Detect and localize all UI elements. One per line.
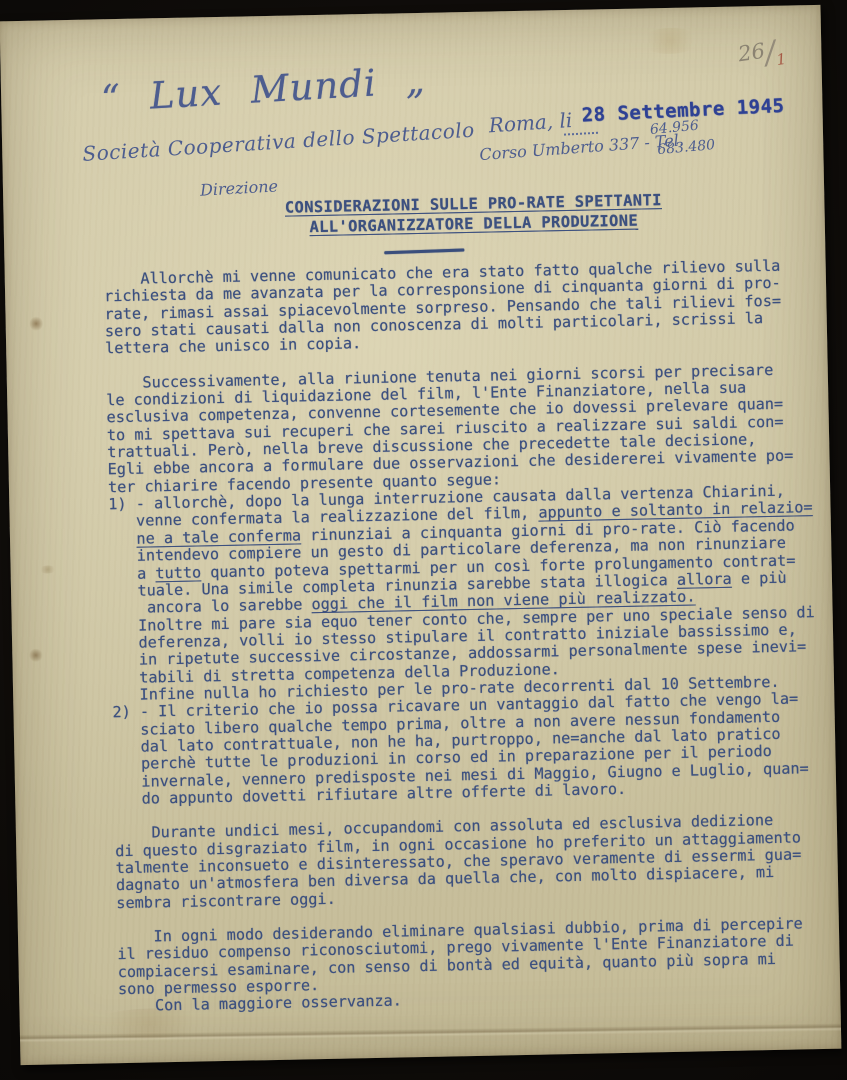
- body: Allorchè mi venne comunicato che era sta…: [104, 257, 837, 1016]
- archive-number: 26: [737, 39, 767, 67]
- photo-background: 26/1 “ Lux Mundi „ Società Cooperativa d…: [0, 0, 847, 1080]
- paper-stain: [640, 27, 701, 54]
- paper: 26/1 “ Lux Mundi „ Società Cooperativa d…: [0, 5, 841, 1065]
- text-segment: a: [110, 564, 156, 583]
- company-subtitle: Società Cooperativa dello Spettacolo: [82, 118, 476, 166]
- paper-stain: [30, 316, 43, 332]
- phone-number-1: 64.956: [649, 118, 699, 138]
- company-name: “ Lux Mundi „: [100, 59, 427, 121]
- title-rule: [384, 249, 464, 255]
- body-block: 1) - allorchè, dopo la lunga interruzion…: [108, 482, 830, 704]
- body-block: Allorchè mi venne comunicato che era sta…: [104, 257, 824, 358]
- paper-stain: [39, 565, 57, 573]
- text-segment: lettera che unisco in copia.: [105, 335, 361, 358]
- body-block: Successivamente, alla riunione tenuta ne…: [106, 361, 826, 497]
- body-block: 2) - Il criterio che io possa ricavare u…: [112, 690, 832, 808]
- place-date-label: Roma, li: [488, 108, 573, 137]
- body-block: In ogni modo desiderando eliminare quals…: [117, 915, 837, 1016]
- archive-corner-note: 26/1: [736, 33, 787, 75]
- paper-crease: [20, 1023, 841, 1042]
- underlined-segment: tutto: [155, 563, 201, 582]
- archive-suffix: 1: [775, 50, 787, 69]
- direction-label: Direzione: [200, 176, 279, 199]
- text-segment: e più: [732, 569, 787, 588]
- text-segment: [109, 530, 137, 549]
- body-block: Durante undici mesi, occupandomi con ass…: [115, 811, 835, 912]
- underlined-segment: allora: [677, 570, 732, 589]
- date-dotted-line: [564, 131, 598, 136]
- paper-stain: [28, 649, 43, 662]
- text-segment: sembra riscontrare oggi.: [116, 889, 336, 911]
